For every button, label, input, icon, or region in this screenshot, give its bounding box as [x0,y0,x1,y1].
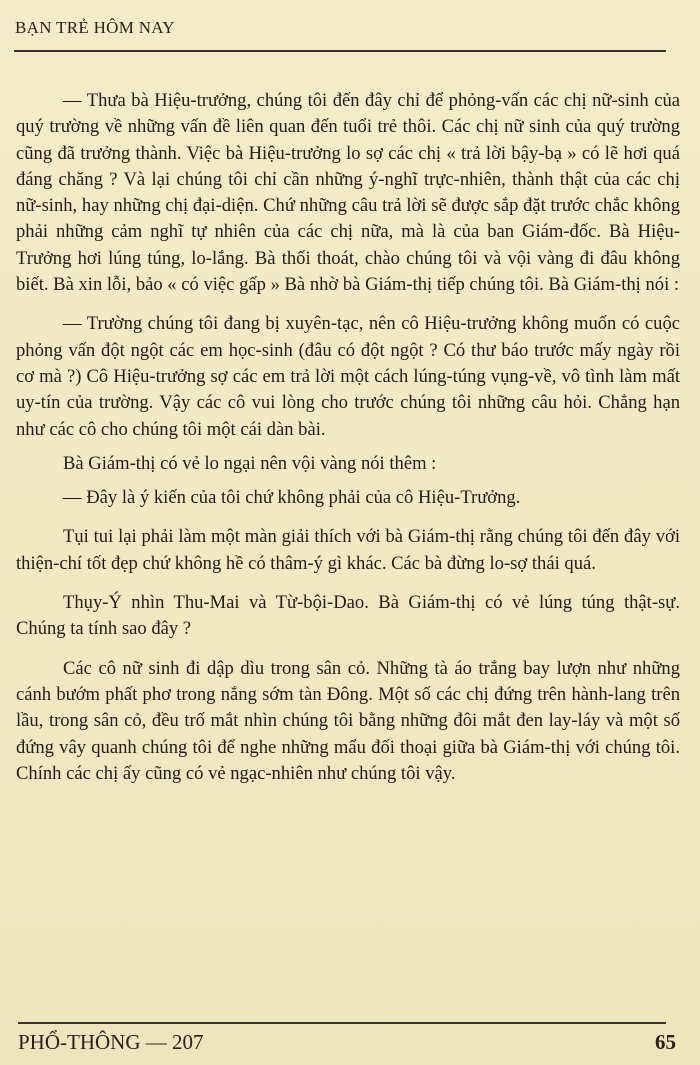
paragraph-explanation: Tụi tui lại phải làm một màn giải thích … [16,524,680,577]
paragraph-supervisor-adds: Bà Giám-thị có vẻ lo ngại nên vội vàng n… [16,451,680,477]
paragraph-supervisor-quote: — Đây là ý kiến của tôi chứ không phải c… [16,485,680,511]
footer-rule [18,1022,666,1024]
paragraph-schoolgirls: Các cô nữ sinh đi dập dìu trong sân cỏ. … [16,656,680,787]
page-number: 65 [655,1030,676,1055]
publication-issue: PHỔ-THÔNG — 207 [18,1030,204,1055]
running-header-title: BẠN TRẺ HÔM NAY [15,18,175,38]
article-body: — Thưa bà Hiệu-trưởng, chúng tôi đến đây… [16,88,680,787]
header-rule [14,50,666,52]
paragraph-thuy-y: Thụy-Ý nhìn Thu-Mai và Từ-bội-Dao. Bà Gi… [16,590,680,643]
paragraph-interview-request: — Thưa bà Hiệu-trưởng, chúng tôi đến đây… [16,88,680,298]
paragraph-supervisor-reply: — Trường chúng tôi đang bị xuyên-tạc, nê… [16,311,680,442]
magazine-page: BẠN TRẺ HÔM NAY — Thưa bà Hiệu-trưởng, c… [0,0,700,1065]
